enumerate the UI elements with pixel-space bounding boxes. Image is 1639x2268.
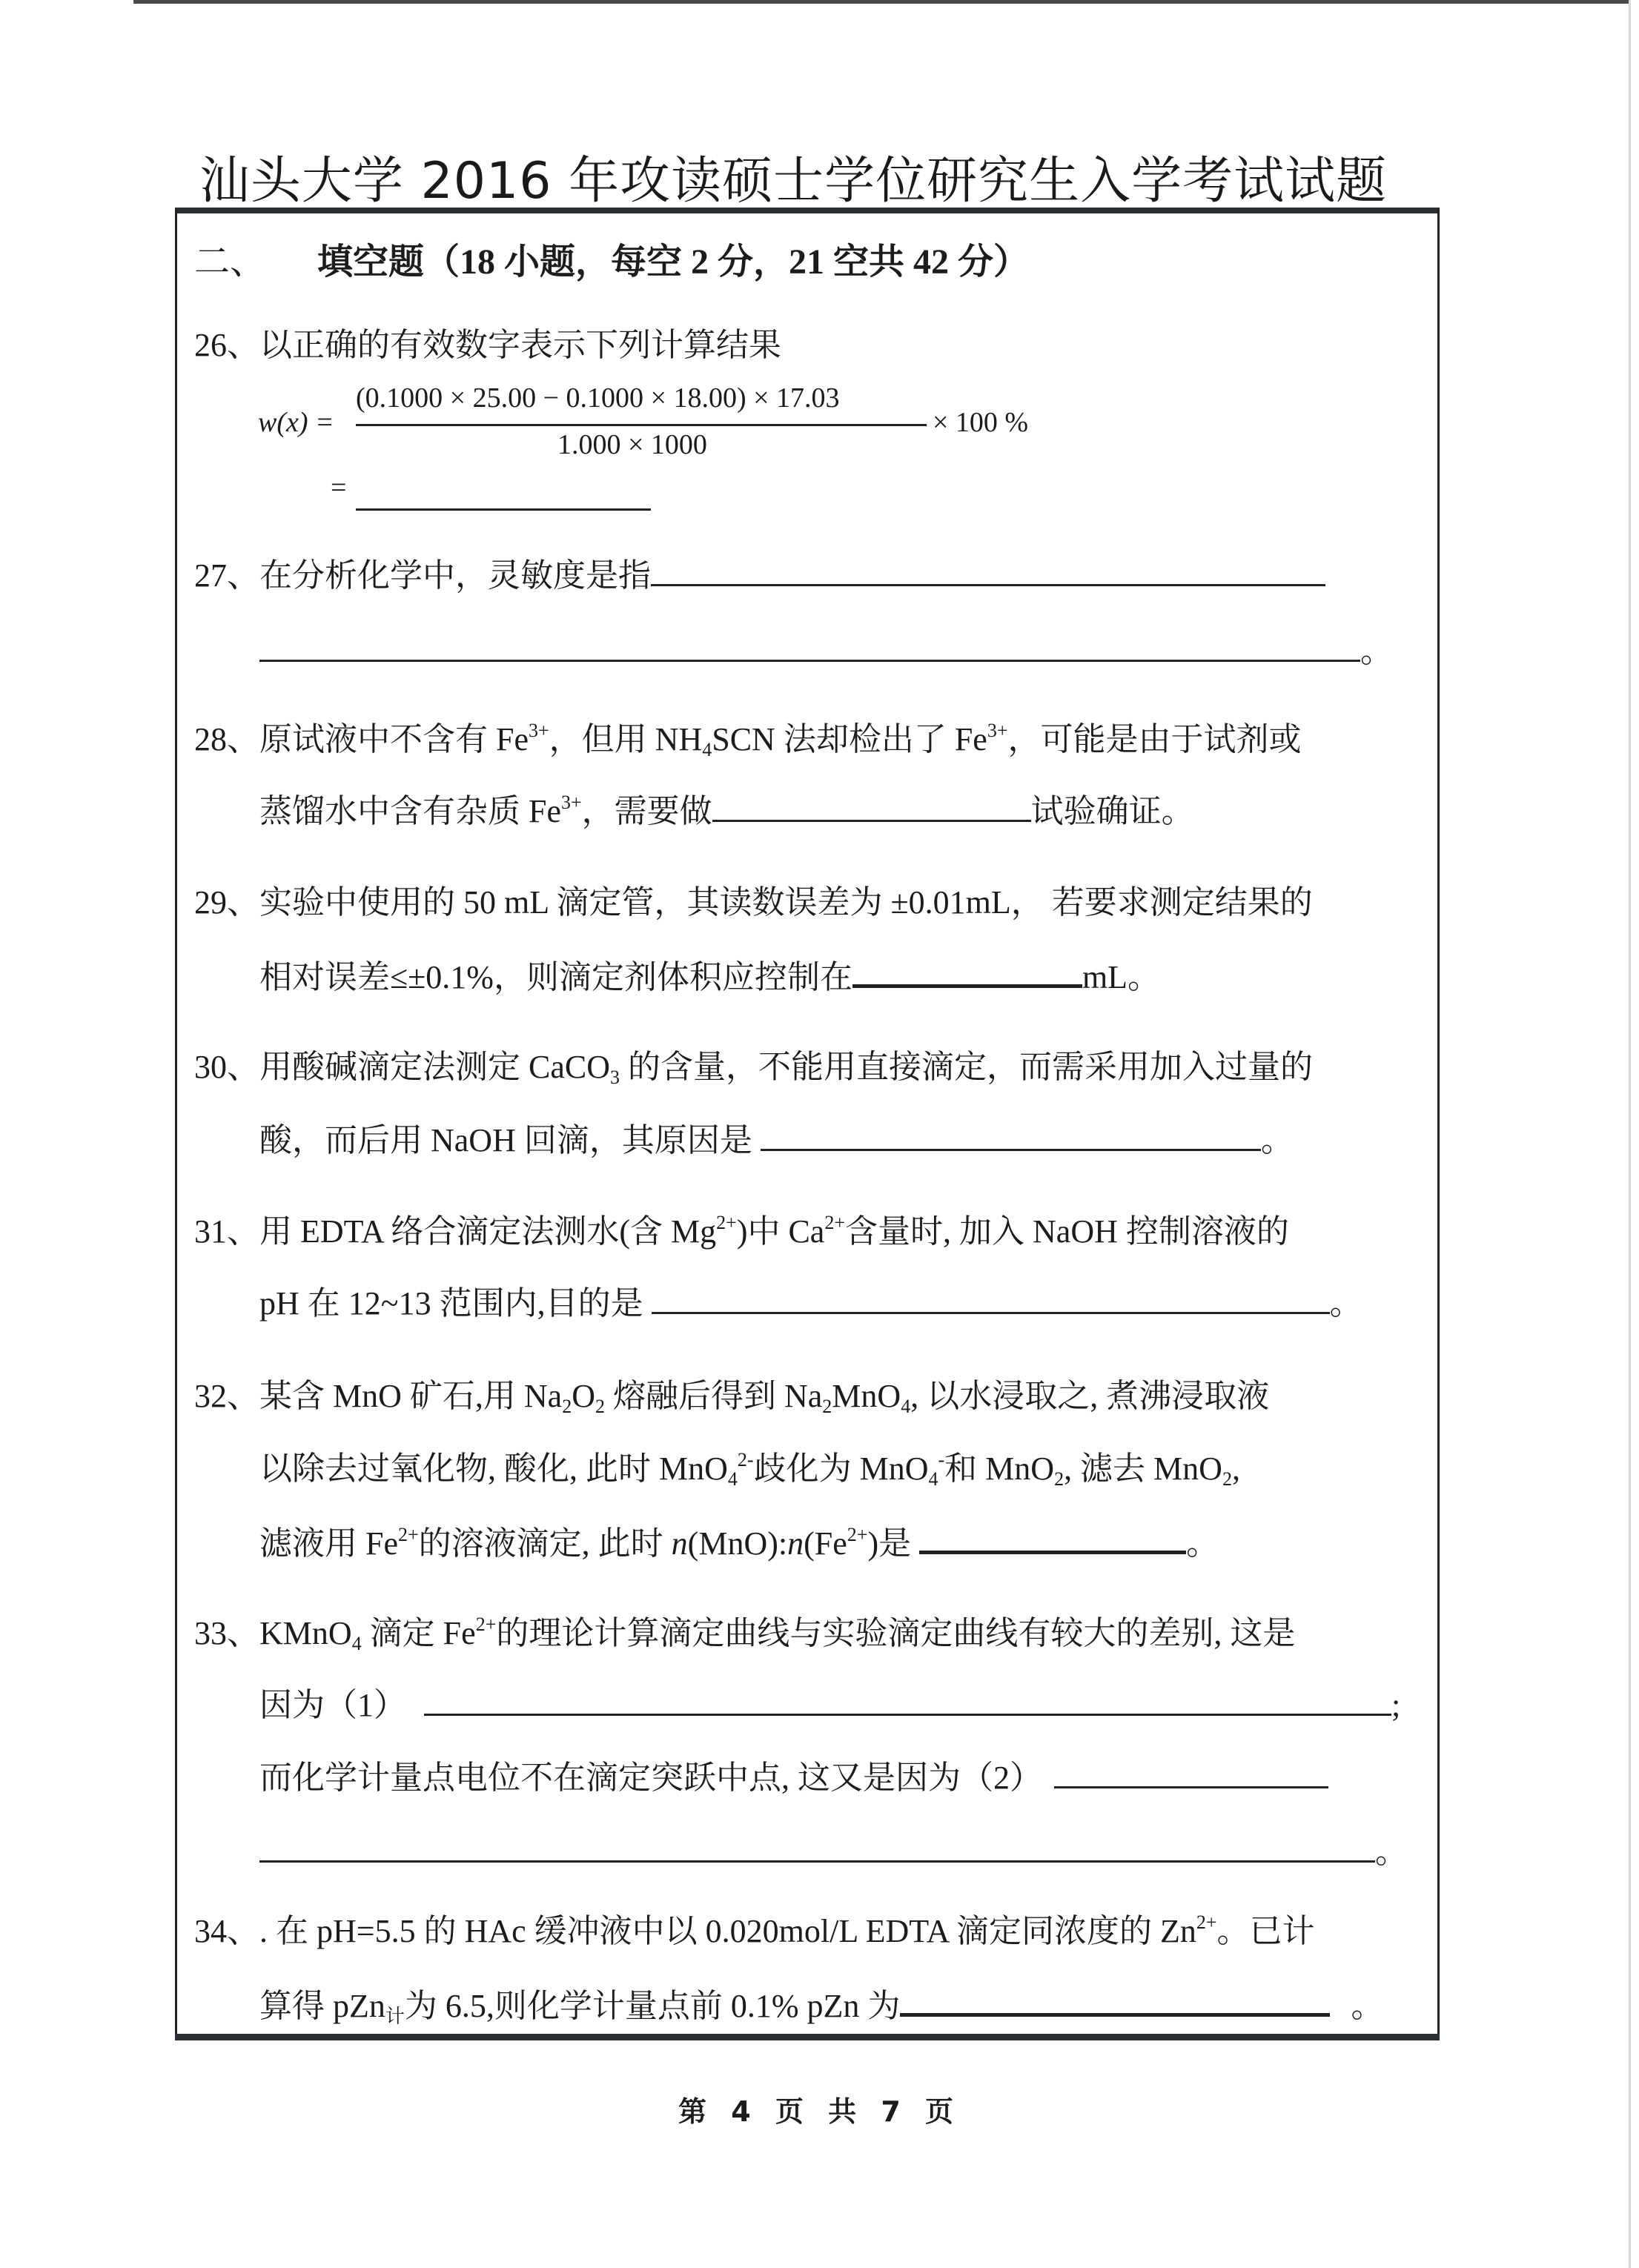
question-33-line1: 33、KMnO4 滴定 Fe2+的理论计算滴定曲线与实验滴定曲线有较大的差别, … <box>194 1613 1295 1654</box>
q32-text: 熔融后得到 Na <box>605 1378 822 1414</box>
formula-multiplier: × 100 % <box>933 406 1028 439</box>
q28-sup: 3+ <box>561 792 582 813</box>
question-31-line2: pH 在 12~13 范围内,目的是 。 <box>259 1282 1362 1324</box>
q32-sub: 4 <box>728 1468 738 1490</box>
question-29-line1: 29、实验中使用的 50 mL 滴定管，其读数误差为 ±0.01mL， 若要求测… <box>194 882 1313 924</box>
formula-equals: = <box>331 471 346 504</box>
q30-sub: 3 <box>610 1067 620 1088</box>
q32-italic-n: n <box>787 1525 804 1562</box>
answer-blank-32[interactable] <box>919 1521 1186 1554</box>
q28-sup: 3+ <box>529 720 549 741</box>
q34-text: 算得 pZn <box>259 1988 385 2024</box>
q31-text-line2: pH 在 12~13 范围内,目的是 <box>259 1285 652 1322</box>
question-30-line2: 酸，而后用 NaOH 回滴，其原因是 。 <box>259 1119 1294 1161</box>
q31-sup: 2+ <box>824 1212 845 1233</box>
question-34-line2: 算得 pZn计为 6.5,则化学计量点前 0.1% pZn 为。 <box>259 1983 1383 2027</box>
q33-text: 而化学计量点电位不在滴定突跃中点, 这又是因为（2） <box>259 1760 1042 1796</box>
q29-text-b: mL。 <box>1082 959 1160 995</box>
question-28-line1: 28、原试液中不含有 Fe3+，但用 NH4SCN 法却检出了 Fe3+，可能是… <box>194 719 1302 760</box>
section-heading: 二、填空题（18 小题，每空 2 分，21 空共 42 分） <box>194 242 1029 283</box>
question-27-line2: 。 <box>259 630 1393 672</box>
q33-text: 33、KMnO <box>194 1615 352 1651</box>
answer-blank-33a[interactable] <box>424 1684 1391 1716</box>
q30-text-a: 30、用酸碱滴定法测定 CaCO <box>194 1049 610 1085</box>
section-title: 填空题（18 小题，每空 2 分，21 空共 42 分） <box>317 242 1029 282</box>
scan-edge-right <box>1629 0 1631 2268</box>
q33-text: 滴定 Fe <box>362 1615 476 1651</box>
q33-end: 。 <box>1375 1834 1408 1870</box>
q33-sup: 2+ <box>476 1614 497 1635</box>
q28-text-a: 28、原试液中不含有 Fe <box>194 721 529 757</box>
question-33-line2: 因为（1）; <box>259 1684 1400 1726</box>
question-27-text: 27、在分析化学中，灵敏度是指 <box>194 557 651 594</box>
question-28-line2: 蒸馏水中含有杂质 Fe3+，需要做试验确证。 <box>259 790 1194 832</box>
q28-text-c: SCN 法却检出了 Fe <box>712 721 987 757</box>
q28-sup: 3+ <box>987 720 1008 741</box>
q33-text: 因为（1） <box>259 1687 406 1723</box>
q32-text: )是 <box>867 1525 919 1562</box>
q32-sub: 4 <box>928 1468 938 1490</box>
q32-text: (MnO): <box>688 1525 787 1562</box>
q34-sub: 计 <box>385 2006 405 2027</box>
q32-text: 歧化为 MnO <box>754 1450 929 1487</box>
formula-lhs: w(x) = <box>258 406 334 439</box>
q32-text: , 以水浸取之, 煮沸浸取液 <box>910 1378 1269 1414</box>
scan-edge-top <box>133 0 1631 4</box>
q33-sub: 4 <box>352 1633 362 1654</box>
q31-text-c: 含量时, 加入 NaOH 控制溶液的 <box>845 1213 1289 1250</box>
exam-title: 汕头大学 2016 年攻读硕士学位研究生入学考试试题 <box>170 141 1416 213</box>
answer-blank-27b[interactable] <box>259 630 1360 662</box>
q32-text: , 滤去 MnO <box>1064 1450 1222 1487</box>
q31-sup: 2+ <box>716 1212 737 1233</box>
q34-text: 。已计 <box>1217 1913 1315 1949</box>
q32-sup: 2+ <box>847 1524 868 1545</box>
formula-numerator: (0.1000 × 25.00 − 0.1000 × 18.00) × 17.0… <box>356 382 840 414</box>
q33-text: 的理论计算滴定曲线与实验滴定曲线有较大的差别, 这是 <box>496 1615 1295 1651</box>
q34-sup: 2+ <box>1196 1911 1217 1933</box>
q32-italic-n: n <box>672 1525 688 1562</box>
question-32-line3: 滤液用 Fe2+的溶液滴定, 此时 n(MnO):n(Fe2+)是 。 <box>259 1521 1219 1565</box>
q32-sub: 2 <box>595 1396 605 1417</box>
q28-sub: 4 <box>702 739 712 760</box>
fraction-bar <box>356 424 927 426</box>
q33-semicolon: ; <box>1391 1687 1400 1723</box>
q29-text-a: 相对误差≤±0.1%，则滴定剂体积应控制在 <box>259 959 852 995</box>
q34-end: 。 <box>1351 1988 1383 2024</box>
section-number: 二、 <box>194 242 265 282</box>
q32-text: 以除去过氧化物, 酸化, 此时 MnO <box>259 1450 728 1487</box>
q32-sup: 2- <box>738 1449 754 1470</box>
q34-text: 为 6.5,则化学计量点前 0.1% pZn 为 <box>405 1988 901 2024</box>
q28-text-e: 蒸馏水中含有杂质 Fe <box>259 793 561 829</box>
q32-text: (Fe <box>804 1525 847 1562</box>
q32-sub: 2 <box>1054 1468 1064 1490</box>
q32-text: O <box>572 1378 595 1414</box>
q32-end: 。 <box>1186 1525 1219 1562</box>
page-number: 第 4 页 共 7 页 <box>0 2089 1639 2129</box>
q28-text-d: ，可能是由于试剂或 <box>1008 721 1302 757</box>
answer-blank-31[interactable] <box>652 1282 1330 1314</box>
answer-blank-28[interactable] <box>712 790 1031 822</box>
q32-text: 32、某含 MnO 矿石,用 Na <box>194 1378 562 1414</box>
q32-text: 滤液用 Fe <box>259 1525 398 1562</box>
q32-text: 的溶液滴定, 此时 <box>419 1525 672 1562</box>
question-26-prompt: 26、以正确的有效数字表示下列计算结果 <box>194 325 781 366</box>
question-27: 27、在分析化学中，灵敏度是指 <box>194 554 1325 597</box>
q32-text: 和 MnO <box>944 1450 1054 1487</box>
q28-text-g: 试验确证。 <box>1031 793 1194 829</box>
question-30-line1: 30、用酸碱滴定法测定 CaCO3 的含量，不能用直接滴定，而需采用加入过量的 <box>194 1047 1313 1088</box>
answer-blank-33b[interactable] <box>1054 1757 1328 1788</box>
q32-text: , <box>1232 1450 1240 1487</box>
question-27-end: 。 <box>1360 633 1393 669</box>
frame-bottom-rule <box>175 2034 1440 2040</box>
question-34-line1: 34、. 在 pH=5.5 的 HAc 缓冲液中以 0.020mol/L EDT… <box>194 1911 1315 1952</box>
question-33-line4: 。 <box>259 1831 1408 1873</box>
question-33-line3: 而化学计量点电位不在滴定突跃中点, 这又是因为（2） <box>259 1757 1328 1799</box>
q32-sub: 4 <box>901 1396 910 1417</box>
answer-blank-29[interactable] <box>852 955 1082 988</box>
question-32-line1: 32、某含 MnO 矿石,用 Na2O2 熔融后得到 Na2MnO4, 以水浸取… <box>194 1376 1269 1417</box>
answer-blank-34[interactable] <box>900 1983 1330 2017</box>
q30-text-line2: 酸，而后用 NaOH 回滴，其原因是 <box>259 1122 761 1158</box>
formula-denominator: 1.000 × 1000 <box>557 428 707 461</box>
question-32-line2: 以除去过氧化物, 酸化, 此时 MnO42-歧化为 MnO4-和 MnO2, 滤… <box>259 1448 1240 1490</box>
q31-end: 。 <box>1330 1285 1362 1322</box>
q30-text-b: 的含量，不能用直接滴定，而需采用加入过量的 <box>620 1049 1313 1085</box>
q31-text-a: 31、用 EDTA 络合滴定法测水(含 Mg <box>194 1213 716 1250</box>
q34-text: 34、. 在 pH=5.5 的 HAc 缓冲液中以 0.020mol/L EDT… <box>194 1913 1196 1949</box>
answer-blank-33c[interactable] <box>259 1831 1375 1863</box>
q32-sub: 2 <box>562 1396 572 1417</box>
answer-blank-26[interactable] <box>356 479 651 511</box>
q28-text-b: ，但用 NH <box>549 721 703 757</box>
q32-sup: - <box>938 1449 944 1470</box>
q32-sub: 2 <box>822 1396 832 1417</box>
answer-blank-27a[interactable] <box>651 554 1325 586</box>
q32-sub: 2 <box>1222 1468 1232 1490</box>
q31-text-b: )中 Ca <box>737 1213 825 1250</box>
question-31-line1: 31、用 EDTA 络合滴定法测水(含 Mg2+)中 Ca2+含量时, 加入 N… <box>194 1211 1289 1253</box>
q32-text: MnO <box>832 1378 901 1414</box>
question-29-line2: 相对误差≤±0.1%，则滴定剂体积应控制在mL。 <box>259 955 1160 998</box>
answer-blank-30[interactable] <box>761 1119 1261 1151</box>
q32-sup: 2+ <box>398 1524 419 1545</box>
q28-text-f: ，需要做 <box>582 793 712 829</box>
q30-end: 。 <box>1261 1122 1294 1158</box>
